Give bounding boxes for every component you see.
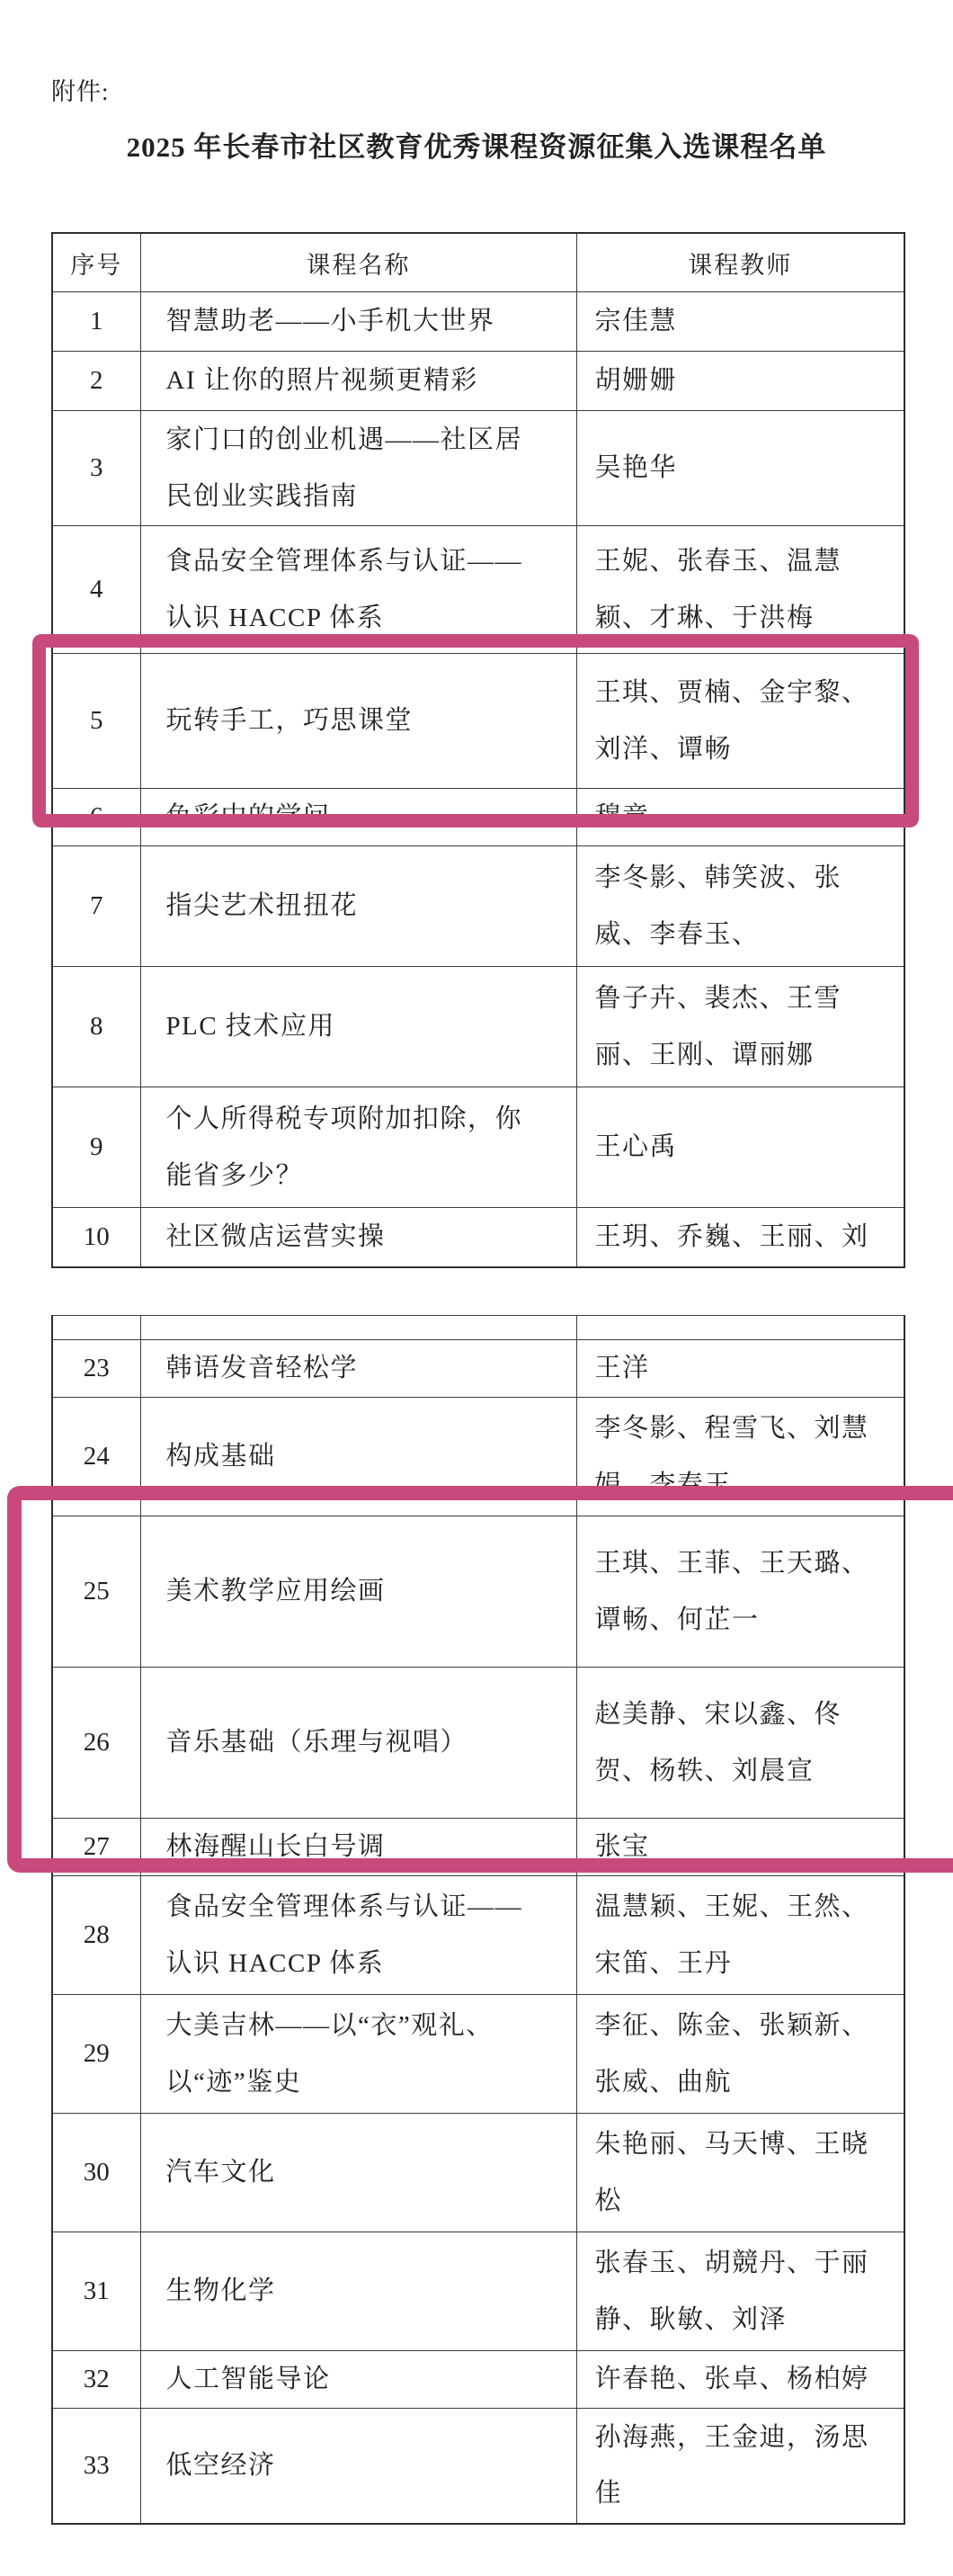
course-name-cell: PLC 技术应用 [140,967,576,1087]
header-no: 序号 [52,233,140,292]
table-row: 7指尖艺术扭扭花李冬影、韩笑波、张威、李春玉、 [52,846,904,967]
row-number-cell: 30 [52,2114,140,2232]
teacher-names-cell: 李冬影、程雪飞、刘慧娟、李春玉 [576,1398,904,1516]
row-number-cell: 32 [52,2351,140,2409]
course-name-cell: 韩语发音轻松学 [140,1340,576,1398]
row-number-cell: 1 [52,292,140,352]
table-row: 10社区微店运营实操王玥、乔巍、王丽、刘 [52,1208,904,1267]
partial-row-sliver [52,1316,904,1340]
teacher-names-cell: 王玥、乔巍、王丽、刘 [576,1208,904,1267]
course-name-cell: 指尖艺术扭扭花 [140,846,576,967]
row-number-cell: 24 [52,1398,140,1516]
teacher-names-cell: 穆童 [576,789,904,846]
course-name-cell [140,1316,576,1340]
course-name-cell: 智慧助老——小手机大世界 [140,292,576,352]
course-name-cell: 美术教学应用绘画 [140,1516,576,1668]
row-number-cell: 25 [52,1516,140,1668]
row-number-cell: 33 [52,2409,140,2524]
row-number-cell: 5 [52,654,140,789]
header-course: 课程名称 [140,233,576,292]
table-row: 1智慧助老——小手机大世界宗佳慧 [52,292,904,352]
table-row: 28食品安全管理体系与认证——认识 HACCP 体系温慧颖、王妮、王然、宋笛、王… [52,1876,904,1995]
course-name-cell: 色彩中的学问 [140,789,576,846]
row-number-cell: 8 [52,967,140,1087]
course-name-cell: 食品安全管理体系与认证——认识 HACCP 体系 [140,526,576,654]
document-page: 附件: 2025 年长春市社区教育优秀课程资源征集入选课程名单 序号 课程名称 … [0,0,953,2576]
row-number-cell: 23 [52,1340,140,1398]
course-name-cell: AI 让你的照片视频更精彩 [140,352,576,411]
table-row: 2AI 让你的照片视频更精彩胡姗姗 [52,352,904,411]
course-name-cell: 生物化学 [140,2232,576,2351]
teacher-names-cell: 李征、陈金、张颖新、张威、曲航 [576,1995,904,2114]
row-number-cell: 29 [52,1995,140,2114]
row-number-cell: 10 [52,1208,140,1267]
teacher-names-cell: 王琪、王菲、王天璐、谭畅、何芷一 [576,1516,904,1668]
course-name-cell: 汽车文化 [140,2114,576,2232]
row-number-cell: 7 [52,846,140,967]
table-header-row: 序号 课程名称 课程教师 [52,233,904,292]
teacher-names-cell: 王心禹 [576,1087,904,1208]
row-number-cell: 27 [52,1819,140,1876]
attachment-label: 附件: [51,72,110,107]
row-number-cell: 9 [52,1087,140,1208]
teacher-names-cell: 宗佳慧 [576,292,904,352]
teacher-names-cell: 王洋 [576,1340,904,1398]
course-name-cell: 大美吉林——以“衣”观礼、以“迹”鉴史 [140,1995,576,2114]
course-name-cell: 构成基础 [140,1398,576,1516]
course-name-cell: 人工智能导论 [140,2351,576,2409]
table-row: 33低空经济孙海燕，王金迪，汤思佳 [52,2409,904,2524]
table-row: 31生物化学张春玉、胡競丹、于丽静、耿敏、刘泽 [52,2232,904,2351]
teacher-names-cell: 赵美静、宋以鑫、佟贺、杨轶、刘晨宣 [576,1668,904,1819]
teacher-names-cell [576,1316,904,1340]
table-row: 8PLC 技术应用鲁子卉、裴杰、王雪丽、王刚、谭丽娜 [52,967,904,1087]
table-row: 6色彩中的学问穆童 [52,789,904,846]
table-row: 27林海醒山长白号调张宝 [52,1819,904,1876]
row-number-cell: 26 [52,1668,140,1819]
teacher-names-cell: 李冬影、韩笑波、张威、李春玉、 [576,846,904,967]
table-row: 23韩语发音轻松学王洋 [52,1340,904,1398]
course-name-cell: 音乐基础（乐理与视唱） [140,1668,576,1819]
row-number-cell [52,1316,140,1340]
teacher-names-cell: 张宝 [576,1819,904,1876]
table-row: 25美术教学应用绘画王琪、王菲、王天璐、谭畅、何芷一 [52,1516,904,1668]
row-number-cell: 31 [52,2232,140,2351]
course-name-cell: 社区微店运营实操 [140,1208,576,1267]
course-name-cell: 家门口的创业机遇——社区居民创业实践指南 [140,411,576,526]
table-row: 9个人所得税专项附加扣除，你能省多少？王心禹 [52,1087,904,1208]
row-number-cell: 6 [52,789,140,846]
table-row: 5玩转手工，巧思课堂王琪、贾楠、金宇黎、刘洋、谭畅 [52,654,904,789]
teacher-names-cell: 温慧颖、王妮、王然、宋笛、王丹 [576,1876,904,1995]
course-name-cell: 低空经济 [140,2409,576,2524]
table-row: 24构成基础李冬影、程雪飞、刘慧娟、李春玉 [52,1398,904,1516]
row-number-cell: 28 [52,1876,140,1995]
table-row: 4食品安全管理体系与认证——认识 HACCP 体系王妮、张春玉、温慧颖、才琳、于… [52,526,904,654]
teacher-names-cell: 王妮、张春玉、温慧颖、才琳、于洪梅 [576,526,904,654]
teacher-names-cell: 朱艳丽、马天博、王晓松 [576,2114,904,2232]
row-number-cell: 4 [52,526,140,654]
table-row: 26音乐基础（乐理与视唱）赵美静、宋以鑫、佟贺、杨轶、刘晨宣 [52,1668,904,1819]
table-row: 29大美吉林——以“衣”观礼、以“迹”鉴史李征、陈金、张颖新、张威、曲航 [52,1995,904,2114]
course-table-section-1: 序号 课程名称 课程教师 1智慧助老——小手机大世界宗佳慧2AI 让你的照片视频… [51,232,905,1268]
teacher-names-cell: 许春艳、张卓、杨柏婷 [576,2351,904,2409]
teacher-names-cell: 张春玉、胡競丹、于丽静、耿敏、刘泽 [576,2232,904,2351]
course-name-cell: 玩转手工，巧思课堂 [140,654,576,789]
table-row: 32人工智能导论许春艳、张卓、杨柏婷 [52,2351,904,2409]
row-number-cell: 2 [52,352,140,411]
table-row: 3家门口的创业机遇——社区居民创业实践指南吴艳华 [52,411,904,526]
page-title: 2025 年长春市社区教育优秀课程资源征集入选课程名单 [0,124,953,165]
course-name-cell: 林海醒山长白号调 [140,1819,576,1876]
course-name-cell: 个人所得税专项附加扣除，你能省多少？ [140,1087,576,1208]
course-table-section-2: 23韩语发音轻松学王洋24构成基础李冬影、程雪飞、刘慧娟、李春玉25美术教学应用… [51,1315,905,2525]
teacher-names-cell: 鲁子卉、裴杰、王雪丽、王刚、谭丽娜 [576,967,904,1087]
teacher-names-cell: 胡姗姗 [576,352,904,411]
course-name-cell: 食品安全管理体系与认证——认识 HACCP 体系 [140,1876,576,1995]
teacher-names-cell: 吴艳华 [576,411,904,526]
row-number-cell: 3 [52,411,140,526]
table-row: 30汽车文化朱艳丽、马天博、王晓松 [52,2114,904,2232]
teacher-names-cell: 王琪、贾楠、金宇黎、刘洋、谭畅 [576,654,904,789]
teacher-names-cell: 孙海燕，王金迪，汤思佳 [576,2409,904,2524]
header-teacher: 课程教师 [576,233,904,292]
